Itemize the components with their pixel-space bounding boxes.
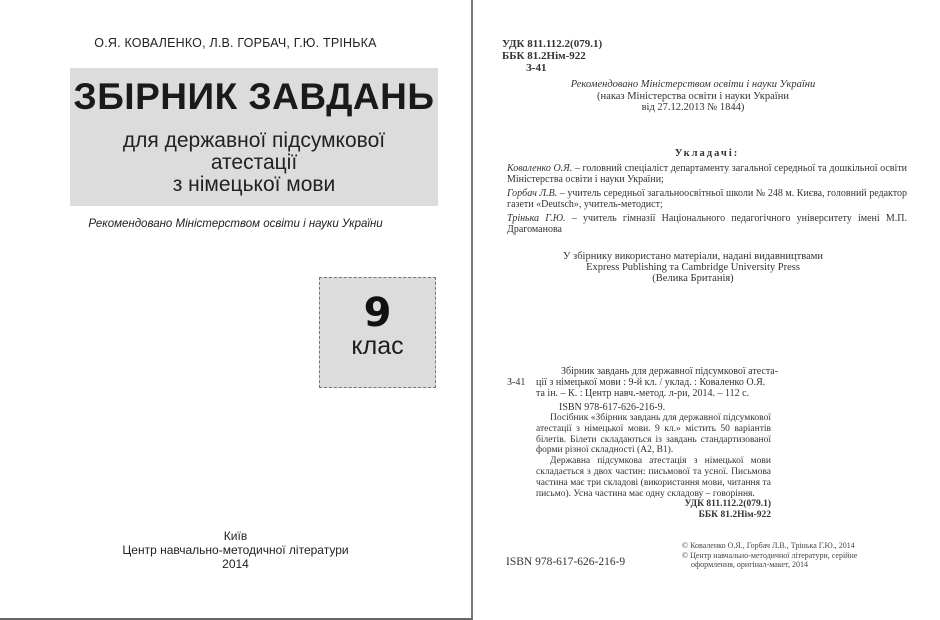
copyright: © Коваленко О.Я., Горбач Л.В., Трінька Г… [682,541,872,570]
card-annotation: Державна підсумкова атестація з німецько… [507,456,771,499]
compiler-desc: – учитель середньої загальноосвітньої шк… [507,188,907,210]
materials-note: У збірнику використано матеріали, надані… [473,251,913,284]
card-line: та ін. – К. : Центр навч.-метод. л-ри, 2… [507,388,771,399]
grade-box: 9 клас [319,277,436,388]
copyright-line: оформлення, оригінал-макет, 2014 [682,560,872,570]
materials-line: Express Publishing та Cambridge Universi… [473,262,913,273]
author-code: З-41 [502,62,602,74]
approval-line: (наказ Міністерства освіти і науки Украї… [473,91,913,103]
grade-word: клас [320,332,435,361]
card-bbk: ББК 81.2Нім-922 [507,510,771,521]
year: 2014 [0,557,471,571]
compiler-entry: Коваленко О.Я. – головний спеціаліст деп… [507,163,907,185]
card-isbn: ISBN 978-617-626-216-9. [507,402,771,413]
authors: О.Я. КОВАЛЕНКО, Л.В. ГОРБАЧ, Г.Ю. ТРІНЬК… [0,36,471,50]
isbn: ISBN 978-617-626-216-9 [506,556,625,568]
card-udk: УДК 811.112.2(079.1) [507,499,771,510]
subtitle-line: з німецької мови [70,174,438,196]
approval-line: від 27.12.2013 № 1844) [473,102,913,114]
compiler-name: Коваленко О.Я. [507,163,572,174]
materials-line: (Велика Британія) [473,273,913,284]
imprint: Київ Центр навчально-методичної літерату… [0,529,471,571]
compiler-entry: Трінька Г.Ю. – учитель гімназії Націонал… [507,213,907,235]
card-annotation: Посібник «Збірник завдань для державної … [507,413,771,456]
city: Київ [0,529,471,543]
compiler-desc: – учитель гімназії Національного педагог… [507,213,907,235]
materials-line: У збірнику використано матеріали, надані… [473,251,913,262]
compiler-name: Горбач Л.В. [507,188,557,199]
udk-code: УДК 811.112.2(079.1) [502,38,602,50]
subtitle-line: атестації [70,152,438,174]
publisher: Центр навчально-методичної літератури [0,543,471,557]
catalog-card: Збірник завдань для державної підсумково… [507,366,771,521]
approval-line: Рекомендовано Міністерством освіти і нау… [473,79,913,91]
copyright-line: © Центр навчально-методичної літератури,… [682,551,872,561]
compiler-entry: Горбач Л.В. – учитель середньої загально… [507,188,907,210]
copyright-line: © Коваленко О.Я., Горбач Л.В., Трінька Г… [682,541,872,551]
book-title: ЗБІРНИК ЗАВДАНЬ [70,76,438,118]
cover-page: О.Я. КОВАЛЕНКО, Л.В. ГОРБАЧ, Г.Ю. ТРІНЬК… [0,0,473,620]
grade-number: 9 [320,290,435,336]
compilers-header: Укладачі: [507,148,907,159]
classification-codes: УДК 811.112.2(079.1) ББК 81.2Нім-922 З-4… [502,38,602,74]
title-box: ЗБІРНИК ЗАВДАНЬ для державної підсумково… [70,68,438,206]
subtitle-line: для державної підсумкової [70,130,438,152]
ministry-recommendation: Рекомендовано Міністерством освіти і нау… [0,218,471,230]
card-line: З-41ції з німецької мови : 9-й кл. / укл… [507,377,771,388]
card-text: ції з німецької мови : 9-й кл. / уклад. … [536,377,765,388]
book-subtitle: для державної підсумкової атестації з ні… [70,130,438,196]
compiler-name: Трінька Г.Ю. [507,213,566,224]
title-verso-page: УДК 811.112.2(079.1) ББК 81.2Нім-922 З-4… [473,0,940,620]
card-code: З-41 [507,377,536,388]
ministry-approval: Рекомендовано Міністерством освіти і нау… [473,79,913,114]
compilers-section: Укладачі: Коваленко О.Я. – головний спец… [507,148,907,238]
bbk-code: ББК 81.2Нім-922 [502,50,602,62]
card-line: Збірник завдань для державної підсумково… [507,366,771,377]
